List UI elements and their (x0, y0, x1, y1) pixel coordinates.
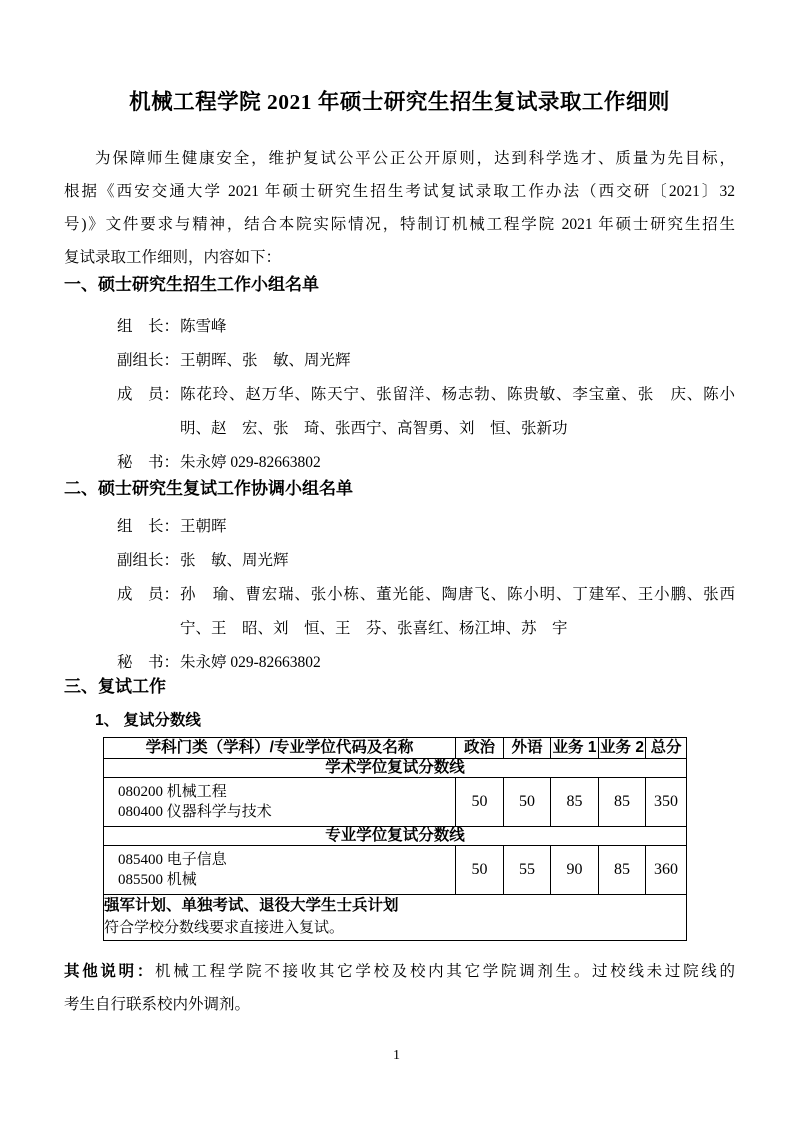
person-row: 副组长： 王朝晖、张 敏、周光辉 (117, 344, 735, 378)
retest-score-table: 学科门类（学科）/专业学位代码及名称 政治 外语 业务 1 业务 2 总分 学术… (103, 737, 687, 941)
person-row: 成 员： 陈花玲、赵万华、陈天宁、张留洋、杨志勃、陈贵敏、李宝童、张 庆、陈小明… (117, 378, 735, 446)
page-number: 1 (0, 1046, 793, 1066)
program-cell: 080200 机械工程 080400 仪器科学与技术 (104, 778, 456, 827)
program-line: 080400 仪器科学与技术 (118, 802, 451, 822)
intro-line: 复试录取工作细则，内容如下： (64, 241, 735, 274)
intro-paragraph: 为保障师生健康安全，维护复试公平公正公开原则，达到科学选才、质量为先目标， 根据… (64, 142, 735, 274)
table-band-academic: 学术学位复试分数线 (104, 759, 687, 778)
program-line: 085400 电子信息 (118, 850, 451, 870)
person-row: 成 员： 孙 瑜、曹宏瑞、张小栋、董光能、陶唐飞、陈小明、丁建军、王小鹏、张西宁… (117, 578, 735, 646)
person-names: 朱永婷 029-82663802 (180, 446, 735, 480)
program-cell: 085400 电子信息 085500 机械 (104, 846, 456, 895)
subsection-heading-score-lines: 1、 复试分数线 (95, 709, 735, 733)
program-line: 085500 机械 (118, 870, 451, 890)
person-role-label: 组 长： (117, 310, 180, 344)
person-role-label: 成 员： (117, 578, 180, 646)
person-role-label: 秘 书： (117, 446, 180, 480)
band-label: 专业学位复试分数线 (104, 827, 687, 846)
person-role-label: 组 长： (117, 510, 180, 544)
document-content: 机械工程学院 2021 年硕士研究生招生复试录取工作细则 为保障师生健康安全，维… (0, 0, 793, 1021)
person-row: 秘 书： 朱永婷 029-82663802 (117, 446, 735, 480)
score-cell: 360 (646, 846, 687, 895)
table-row-special-plans: 强军计划、单独考试、退役大学生士兵计划 符合学校分数线要求直接进入复试。 (104, 895, 687, 941)
header-cell-subject2: 业务 2 (599, 738, 646, 759)
special-plans-title: 强军计划、单独考试、退役大学生士兵计划 (104, 895, 686, 917)
intro-line: 号)》文件要求与精神，结合本院实际情况，特制订机械工程学院 2021 年硕士研究… (64, 208, 735, 241)
document-title: 机械工程学院 2021 年硕士研究生招生复试录取工作细则 (64, 86, 735, 118)
intro-line: 根据《西安交通大学 2021 年硕士研究生招生考试复试录取工作办法（西交研〔20… (64, 175, 735, 208)
person-names: 陈雪峰 (180, 310, 735, 344)
intro-line: 为保障师生健康安全，维护复试公平公正公开原则，达到科学选才、质量为先目标， (64, 142, 735, 175)
special-plans-note: 符合学校分数线要求直接进入复试。 (104, 917, 686, 940)
score-cell: 55 (504, 846, 551, 895)
person-names: 王朝晖、张 敏、周光辉 (180, 344, 735, 378)
note-line: 其他说明：机械工程学院不接收其它学校及校内其它学院调剂生。过校线未过院线的 (64, 955, 735, 988)
header-cell-foreign-language: 外语 (504, 738, 551, 759)
note-label: 其他说明： (64, 963, 155, 980)
admission-group-member-list: 组 长： 陈雪峰 副组长： 王朝晖、张 敏、周光辉 成 员： 陈花玲、赵万华、陈… (117, 310, 735, 480)
score-cell: 85 (599, 778, 646, 827)
score-cell: 85 (599, 846, 646, 895)
table-row-professional-scores: 085400 电子信息 085500 机械 50 55 90 85 360 (104, 846, 687, 895)
document-page: 机械工程学院 2021 年硕士研究生招生复试录取工作细则 为保障师生健康安全，维… (0, 0, 793, 1122)
note-line: 考生自行联系校内外调剂。 (64, 988, 735, 1021)
person-row: 组 长： 王朝晖 (117, 510, 735, 544)
header-cell-subject1: 业务 1 (551, 738, 599, 759)
header-cell-politics: 政治 (456, 738, 504, 759)
person-names: 陈花玲、赵万华、陈天宁、张留洋、杨志勃、陈贵敏、李宝童、张 庆、陈小明、赵 宏、… (180, 378, 735, 446)
other-notes-paragraph: 其他说明：机械工程学院不接收其它学校及校内其它学院调剂生。过校线未过院线的 考生… (64, 955, 735, 1021)
person-names: 张 敏、周光辉 (180, 544, 735, 578)
person-names: 孙 瑜、曹宏瑞、张小栋、董光能、陶唐飞、陈小明、丁建军、王小鹏、张西宁、王 昭、… (180, 578, 735, 646)
person-row: 组 长： 陈雪峰 (117, 310, 735, 344)
header-cell-total: 总分 (646, 738, 687, 759)
program-line: 080200 机械工程 (118, 782, 451, 802)
person-role-label: 副组长： (117, 344, 180, 378)
table-header-row: 学科门类（学科）/专业学位代码及名称 政治 外语 业务 1 业务 2 总分 (104, 738, 687, 759)
table-row-academic-scores: 080200 机械工程 080400 仪器科学与技术 50 50 85 85 3… (104, 778, 687, 827)
header-cell-discipline: 学科门类（学科）/专业学位代码及名称 (104, 738, 456, 759)
person-row: 副组长： 张 敏、周光辉 (117, 544, 735, 578)
coordination-group-member-list: 组 长： 王朝晖 副组长： 张 敏、周光辉 成 员： 孙 瑜、曹宏瑞、张小栋、董… (117, 510, 735, 680)
person-role-label: 副组长： (117, 544, 180, 578)
score-cell: 350 (646, 778, 687, 827)
section-heading-admission-group: 一、硕士研究生招生工作小组名单 (64, 272, 735, 298)
score-cell: 50 (504, 778, 551, 827)
special-plans-cell: 强军计划、单独考试、退役大学生士兵计划 符合学校分数线要求直接进入复试。 (104, 895, 687, 941)
person-role-label: 成 员： (117, 378, 180, 446)
table-band-professional: 专业学位复试分数线 (104, 827, 687, 846)
note-text: 机械工程学院不接收其它学校及校内其它学院调剂生。过校线未过院线的 (155, 963, 735, 980)
person-names: 朱永婷 029-82663802 (180, 646, 735, 680)
score-cell: 50 (456, 846, 504, 895)
band-label: 学术学位复试分数线 (104, 759, 687, 778)
person-names: 王朝晖 (180, 510, 735, 544)
person-row: 秘 书： 朱永婷 029-82663802 (117, 646, 735, 680)
score-cell: 85 (551, 778, 599, 827)
score-cell: 50 (456, 778, 504, 827)
score-cell: 90 (551, 846, 599, 895)
